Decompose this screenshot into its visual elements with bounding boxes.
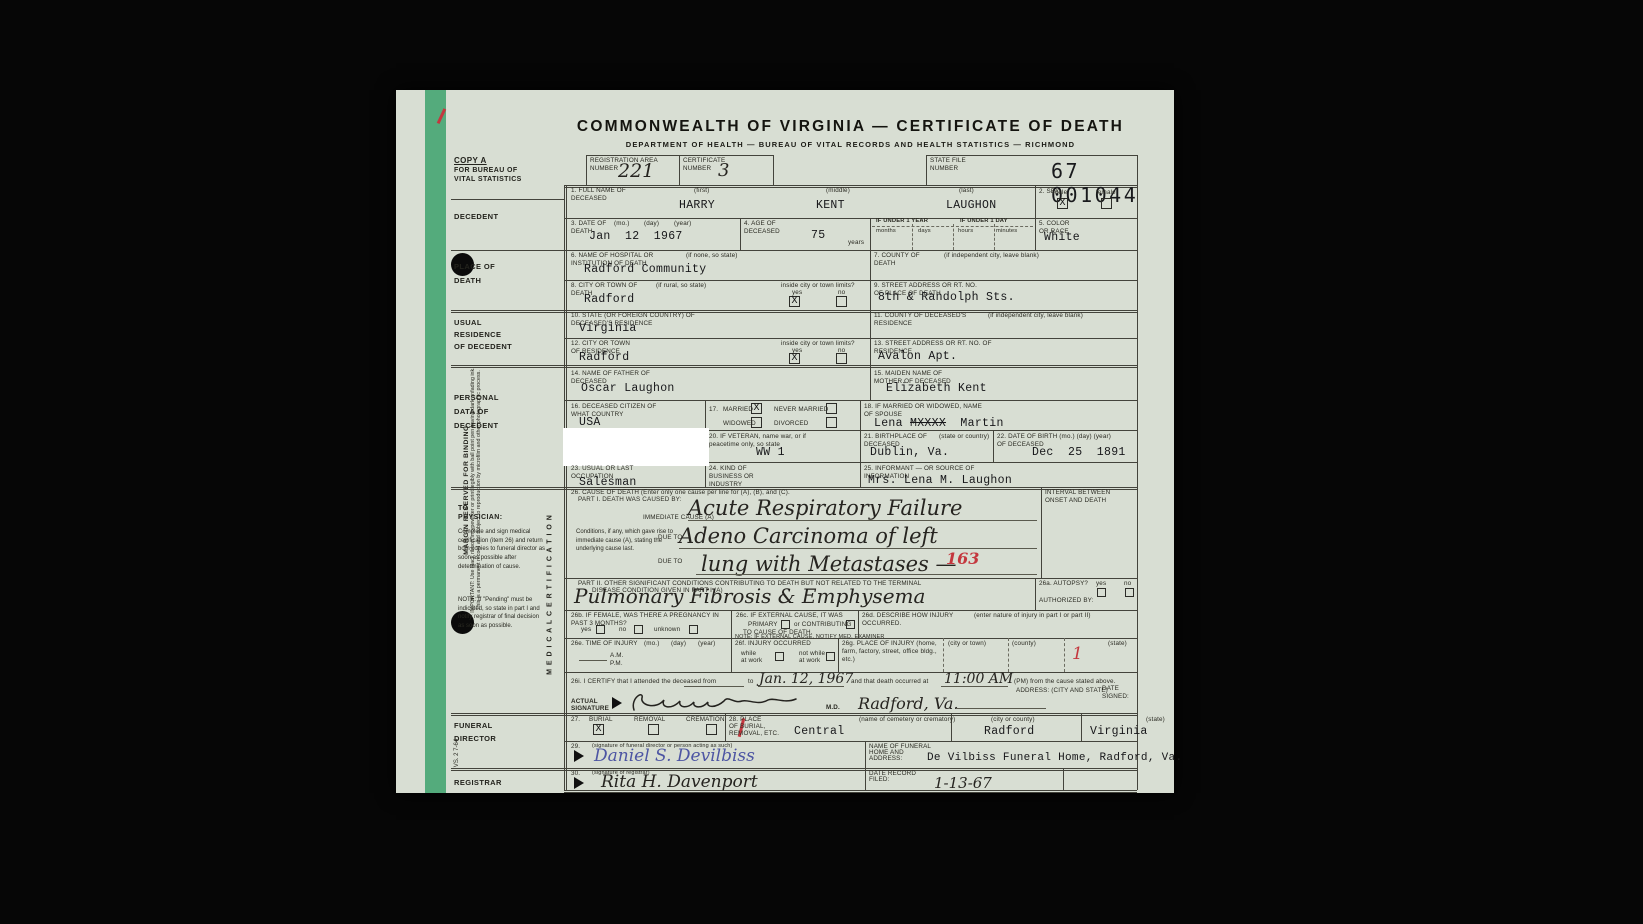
field-7-hint: (if independent city, leave blank) <box>944 252 1039 260</box>
grid-line <box>564 610 1137 611</box>
grid-line <box>1081 713 1082 741</box>
death-city-limits-yes-checkbox: X <box>789 296 800 307</box>
field-26f-label: 26f. INJURY OCCURRED <box>735 640 811 648</box>
field-26e-label: 26e. TIME OF INJURY <box>571 640 638 648</box>
contributing-label: or CONTRIBUTING <box>794 621 852 629</box>
color-race-value: White <box>1044 231 1080 244</box>
checkbox-x-mark: X <box>790 354 799 363</box>
field-7-label: 7. COUNTY OF DEATH <box>874 252 939 268</box>
funeral-home-value: De Vilbiss Funeral Home, Radford, Va. <box>927 752 1182 764</box>
decedent-first-name: HARRY <box>679 199 715 212</box>
side-label-decedent: DECEDENT <box>454 212 498 221</box>
burial-state-value: Virginia <box>1090 725 1148 738</box>
certificate-number-value: 3 <box>718 160 729 181</box>
under-1-year-label: IF UNDER 1 YEAR <box>876 218 928 226</box>
residence-city-limits-yes-checkbox: X <box>789 353 800 364</box>
field-8-hint: (if rural, so state) <box>656 282 706 290</box>
grid-line <box>865 741 866 790</box>
married-checkbox: X <box>751 403 762 414</box>
grid-line <box>1035 185 1036 218</box>
grid-line <box>1035 218 1036 250</box>
field-11-label: 11. COUNTY OF DECEASED'S RESIDENCE <box>874 312 984 328</box>
physician-note: Complete and sign medical certification … <box>458 528 546 571</box>
grid-line <box>564 741 1137 742</box>
address-flourish-line <box>956 708 1046 709</box>
copy-sub2: VITAL STATISTICS <box>454 176 522 183</box>
while-label-2: at work <box>741 657 762 665</box>
cause-of-death-a: Acute Respiratory Failure <box>688 496 962 520</box>
field-26h-state-hint: (state) <box>1108 640 1127 648</box>
grid-line <box>564 185 567 790</box>
removal-label: REMOVAL <box>634 716 665 724</box>
grid-line <box>926 155 927 185</box>
burial-label: BURIAL <box>589 716 613 724</box>
field-26d-label: 26d. DESCRIBE HOW INJURY OCCURRED. <box>862 612 972 628</box>
days-label: days <box>918 228 931 236</box>
grid-line <box>679 155 680 185</box>
occupation-value: Salesman <box>579 476 637 489</box>
side-label-usual-3: OF DECEDENT <box>454 342 512 351</box>
not-while-label-2: at work <box>799 657 820 665</box>
field-26e-year-hint: (year) <box>698 640 715 648</box>
certify-date-value: Jan. 12, 1967 <box>759 671 853 687</box>
physician-signature <box>628 688 818 714</box>
cause-line-a <box>688 520 1037 521</box>
due-to-c-label: DUE TO <box>658 558 682 566</box>
pending-note: NOTE: If "Pending" must be indicated, so… <box>458 596 546 631</box>
residence-city-limits-no-checkbox <box>836 353 847 364</box>
pregnancy-no-checkbox <box>634 625 643 634</box>
grid-line <box>451 365 1137 368</box>
red-mark-26h: 1 <box>1072 644 1083 664</box>
contributing-checkbox <box>846 620 855 629</box>
grid-line <box>773 155 774 185</box>
autopsy-no-label: no <box>1124 580 1131 588</box>
copy-label: COPY A <box>454 156 487 165</box>
side-label-registrar: REGISTRAR <box>454 778 502 787</box>
sex-female-label: female <box>1096 189 1116 197</box>
grid-line <box>740 218 741 250</box>
side-label-usual-1: USUAL <box>454 318 482 327</box>
pregnancy-unknown-label: unknown <box>654 626 680 634</box>
binding-strip <box>425 90 446 793</box>
grid-line <box>993 430 994 462</box>
removal-checkbox <box>648 724 659 735</box>
certify-from-line <box>684 686 744 687</box>
cremation-label: CREMATION <box>686 716 725 724</box>
pm-label: P.M. <box>610 660 623 668</box>
signature-arrow-icon <box>612 697 622 709</box>
burial-checkbox: X <box>593 724 604 735</box>
md-label: M.D. <box>826 704 840 712</box>
side-label-personal-3: DECEDENT <box>454 421 498 430</box>
registrar-signature: Rita H. Davenport <box>601 772 758 792</box>
side-label-funeral-1: FUNERAL <box>454 721 493 730</box>
cause-of-death-b: Adeno Carcinoma of left <box>679 524 938 548</box>
field-21-hint: (state or country) <box>939 433 989 441</box>
field-1-label: 1. FULL NAME OF DECEASED <box>571 187 656 203</box>
birthplace-value: Dublin, Va. <box>870 446 949 459</box>
field-3-year-hint: (year) <box>674 220 691 228</box>
field-1-first-hint: (first) <box>694 187 709 195</box>
decedent-last-name: LAUGHON <box>946 199 996 212</box>
field-26g-label: 26g. PLACE OF INJURY (home, farm, factor… <box>842 640 937 665</box>
field-26c-label: 26c. IF EXTERNAL CAUSE, IT WAS <box>736 612 856 620</box>
am-label: A.M. <box>610 652 624 660</box>
checkbox-x-mark: X <box>790 297 799 306</box>
physician-address-value: Radford, Va. <box>858 694 959 713</box>
side-label-place-1: PLACE OF <box>454 262 495 271</box>
cremation-checkbox <box>706 724 717 735</box>
grid-line <box>1035 578 1036 610</box>
field-6-hint: (if none, so state) <box>686 252 738 260</box>
primary-label: PRIMARY <box>748 621 778 629</box>
certificate-title: COMMONWEALTH OF VIRGINIA — CERTIFICATE O… <box>564 118 1137 136</box>
address-city-state-label: ADDRESS: (CITY AND STATE) <box>1016 687 1108 695</box>
field-4-label: 4. AGE OF DECEASED <box>744 220 789 236</box>
veteran-value: WW 1 <box>756 446 785 459</box>
red-code-163: 163 <box>946 549 979 568</box>
burial-city-value: Radford <box>984 725 1034 738</box>
never-married-checkbox <box>826 403 837 414</box>
time-of-injury-line <box>579 660 607 661</box>
field-26b-label: 26b. IF FEMALE, WAS THERE A PREGNANCY IN… <box>571 612 721 628</box>
pregnancy-yes-checkbox <box>596 625 605 634</box>
field-26e-day-hint: (day) <box>671 640 686 648</box>
field-26e-mo-hint: (mo.) <box>644 640 659 648</box>
pregnancy-no-label: no <box>619 626 626 634</box>
certify-time-value: 11:00 AM <box>944 671 1013 687</box>
grid-line <box>870 218 871 250</box>
certify-text-1: 26i. I CERTIFY that I attended the decea… <box>571 678 746 686</box>
authorized-by-label: AUTHORIZED BY: <box>1039 597 1094 605</box>
grid-line <box>870 250 871 400</box>
grid-line <box>953 224 954 250</box>
side-label-funeral-2: DIRECTOR <box>454 734 496 743</box>
checkbox-x-mark: X <box>752 404 761 413</box>
signature-arrow-icon <box>574 777 584 789</box>
spouse-name-part1: Lena <box>874 417 910 430</box>
sex-female-checkbox <box>1101 198 1112 209</box>
age-value: 75 <box>811 229 825 242</box>
residence-city-value: Radford <box>579 351 629 364</box>
grid-line <box>725 713 726 741</box>
grid-line <box>994 224 995 250</box>
grid-line <box>1064 638 1065 672</box>
autopsy-yes-checkbox <box>1097 588 1106 597</box>
married-label: MARRIED <box>723 406 753 414</box>
redacted-field-19 <box>563 428 709 466</box>
sex-male-checkbox: X <box>1057 198 1068 209</box>
cause-of-death-c: lung with Metastases — <box>701 552 957 576</box>
field-27-num: 27. <box>571 716 580 724</box>
months-label: months <box>876 228 896 236</box>
field-1-last-hint: (last) <box>959 187 974 195</box>
informant-value: Mrs. Lena M. Laughon <box>868 474 1012 487</box>
field-26a-label: 26a. AUTOPSY? <box>1039 580 1088 588</box>
age-years-label: years <box>848 239 864 247</box>
signature-arrow-icon <box>574 750 584 762</box>
cause-line-c <box>696 574 1037 575</box>
grid-line <box>731 610 732 672</box>
side-label-place-2: DEATH <box>454 276 481 285</box>
grid-line <box>926 155 1137 156</box>
injury-not-while-at-work-checkbox <box>826 652 835 661</box>
death-certificate-scan: MARGIN RESERVED FOR BINDING IMPORTANT: U… <box>396 90 1174 793</box>
cause-line-b <box>679 548 1037 549</box>
field-26h-city-hint: (city or town) <box>948 640 986 648</box>
state-file-number-value: 67 001044 <box>1051 159 1174 207</box>
funeral-home-label-3: ADDRESS: <box>869 755 902 763</box>
city-of-death-value: Radford <box>584 293 634 306</box>
city-or-county-hint: (city or county) <box>991 716 1035 724</box>
certify-to-label: to <box>748 678 754 686</box>
grid-line <box>564 218 1137 219</box>
certificate-subtitle: DEPARTMENT OF HEALTH — BUREAU OF VITAL R… <box>564 140 1137 149</box>
copy-sub1: FOR BUREAU OF <box>454 167 518 174</box>
spouse-name-value: Lena MXXXX Martin <box>874 417 1004 430</box>
grid-line <box>564 400 1137 401</box>
burial-state-hint: (state) <box>1146 716 1165 724</box>
grid-line <box>1041 487 1042 578</box>
funeral-director-signature: Daniel S. Devilbiss <box>594 746 755 766</box>
pregnancy-yes-label: yes <box>581 626 591 634</box>
grid-line <box>564 338 1137 339</box>
field-26h-county-hint: (county) <box>1012 640 1036 648</box>
minutes-label: minutes <box>996 228 1017 236</box>
primary-checkbox <box>781 620 790 629</box>
date-signed-label: DATE SIGNED: <box>1102 685 1142 701</box>
certify-time-line <box>941 686 1008 687</box>
certify-date-line <box>758 686 844 687</box>
never-married-label: NEVER MARRIED <box>774 406 828 414</box>
grid-line <box>860 400 861 487</box>
field-17-num: 17. <box>709 406 718 414</box>
field-3-day-hint: (day) <box>644 220 659 228</box>
checkbox-x-mark: X <box>1058 199 1067 208</box>
part2-conditions-value: Pulmonary Fibrosis & Emphysema <box>574 584 925 608</box>
state-file-number-label: STATE FILE NUMBER <box>930 157 985 173</box>
under-1-day-label: IF UNDER 1 DAY <box>960 218 1008 226</box>
side-label-personal-1: PERSONAL <box>454 393 499 402</box>
side-label-usual-2: RESIDENCE <box>454 330 501 339</box>
date-filed-value: 1-13-67 <box>934 774 992 792</box>
checkbox-x-mark: X <box>594 725 603 734</box>
date-of-birth-value: Dec 25 1891 <box>1032 446 1126 459</box>
date-filed-label-2: FILED: <box>869 776 890 784</box>
grid-line <box>451 768 1137 771</box>
residence-street-address-value: Avalon Apt. <box>878 350 957 363</box>
field-24-label: 24. KIND OF BUSINESS OR INDUSTRY <box>709 465 779 490</box>
grid-line <box>872 226 1033 227</box>
grid-line <box>586 155 587 185</box>
grid-line <box>838 638 839 672</box>
interval-label: INTERVAL BETWEEN ONSET AND DEATH <box>1045 489 1130 505</box>
side-label-tophys-1: TO <box>458 505 468 512</box>
grid-line <box>912 224 913 250</box>
actual-signature-label-2: SIGNATURE <box>571 705 609 713</box>
cemetery-hint: (name of cemetery or crematory) <box>859 716 955 724</box>
grid-line <box>943 638 944 672</box>
death-city-limits-no-checkbox <box>836 296 847 307</box>
grid-line <box>451 250 1137 251</box>
date-of-death-value: Jan 12 1967 <box>589 230 683 243</box>
grid-line <box>1008 638 1009 672</box>
sex-male-label: male <box>1053 189 1067 197</box>
spouse-name-struck: MXXXX <box>910 417 946 430</box>
father-name-value: Oscar Laughon <box>581 382 675 395</box>
field-28-label-3: REMOVAL, ETC. <box>729 730 779 738</box>
side-label-tophys-2: PHYSICIAN: <box>458 514 502 521</box>
certify-text-2: and that death occurred at <box>851 678 941 686</box>
grid-line <box>1063 768 1064 790</box>
mother-name-value: Elizabeth Kent <box>886 382 987 395</box>
registration-area-value: 221 <box>618 160 654 182</box>
field-3-mo-hint: (mo.) <box>614 220 629 228</box>
death-street-address-value: 8th & Randolph Sts. <box>878 291 1015 304</box>
field-11-hint: (if independent city, leave blank) <box>988 312 1083 320</box>
autopsy-no-checkbox <box>1125 588 1134 597</box>
medical-certification-vertical-label: M E D I C A L C E R T I F I C A T I O N <box>547 490 560 700</box>
side-label-personal-2: DATA OF <box>454 407 489 416</box>
conditions-note: Conditions, if any, which gave rise to i… <box>576 528 678 554</box>
divorced-label: DIVORCED <box>774 420 808 428</box>
grid-line <box>564 578 1137 579</box>
residence-state-value: Virginia <box>579 322 637 335</box>
side-separator <box>451 199 564 200</box>
hours-label: hours <box>958 228 973 236</box>
spouse-name-part3: Martin <box>946 417 1004 430</box>
certificate-number-label: CERTIFICATE NUMBER <box>683 157 743 173</box>
grid-line <box>564 280 1137 281</box>
screenshot-stage: { "colors": {"paper":"#d8ded3","binding_… <box>0 0 1643 924</box>
pregnancy-unknown-checkbox <box>689 625 698 634</box>
divorced-checkbox <box>826 417 837 428</box>
autopsy-yes-label: yes <box>1096 580 1106 588</box>
place-of-burial-value: Central <box>794 725 844 738</box>
field-1-middle-hint: (middle) <box>826 187 850 195</box>
widowed-checkbox <box>751 417 762 428</box>
hospital-value: Radford Community <box>584 263 706 276</box>
field-26d-hint: (enter nature of injury in part I or par… <box>974 612 1124 620</box>
injury-while-at-work-checkbox <box>775 652 784 661</box>
decedent-middle-name: KENT <box>816 199 845 212</box>
